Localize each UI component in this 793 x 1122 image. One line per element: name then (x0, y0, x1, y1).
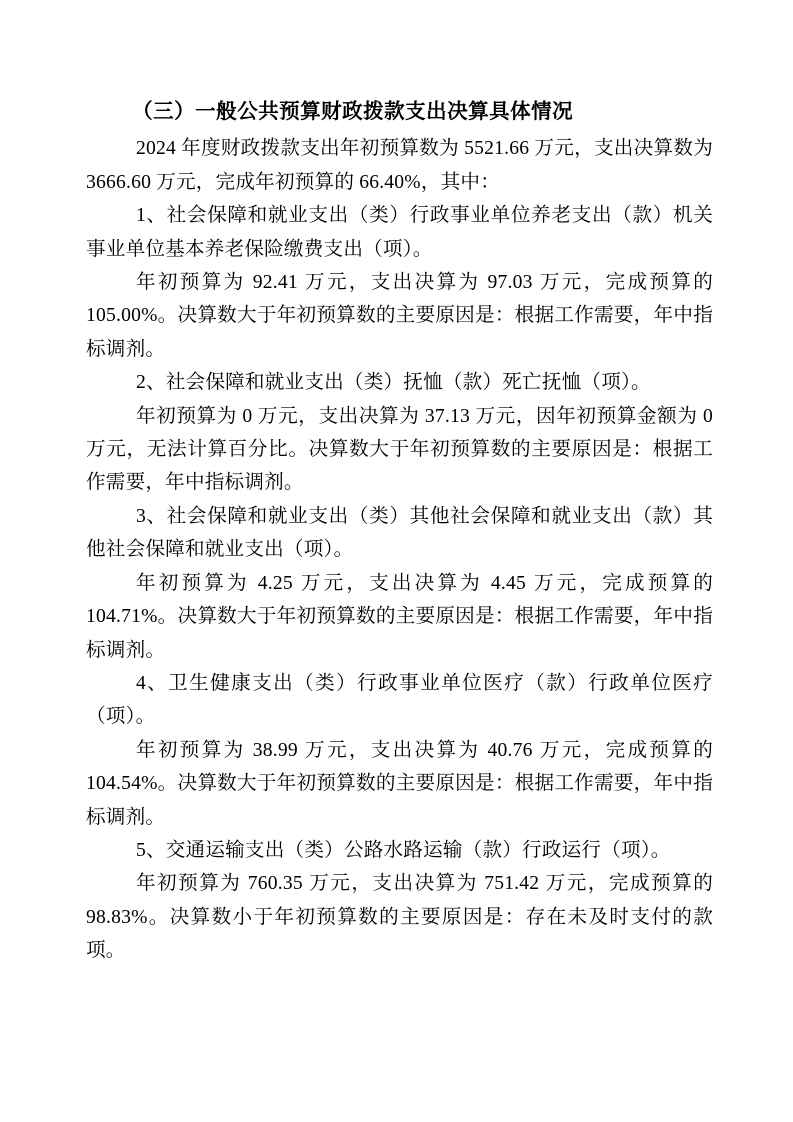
paragraph-item3-detail: 年初预算为 4.25 万元，支出决算为 4.45 万元，完成预算的 104.71… (86, 567, 713, 667)
document-body: 2024 年度财政拨款支出年初预算数为 5521.66 万元，支出决算数为 36… (86, 132, 713, 967)
paragraph-item5-detail: 年初预算为 760.35 万元，支出决算为 751.42 万元，完成预算的 98… (86, 867, 713, 967)
paragraph-item4-title: 4、卫生健康支出（类）行政事业单位医疗（款）行政单位医疗（项）。 (86, 667, 713, 734)
paragraph-item2-title: 2、社会保障和就业支出（类）抚恤（款）死亡抚恤（项）。 (86, 366, 713, 399)
paragraph-item4-detail: 年初预算为 38.99 万元，支出决算为 40.76 万元，完成预算的 104.… (86, 734, 713, 834)
paragraph-summary: 2024 年度财政拨款支出年初预算数为 5521.66 万元，支出决算数为 36… (86, 132, 713, 199)
paragraph-item1-detail: 年初预算为 92.41 万元，支出决算为 97.03 万元，完成预算的 105.… (86, 266, 713, 366)
paragraph-item5-title: 5、交通运输支出（类）公路水路运输（款）行政运行（项）。 (86, 834, 713, 867)
paragraph-item3-title: 3、社会保障和就业支出（类）其他社会保障和就业支出（款）其他社会保障和就业支出（… (86, 500, 713, 567)
paragraph-item2-detail: 年初预算为 0 万元，支出决算为 37.13 万元，因年初预算金额为 0 万元，… (86, 400, 713, 500)
paragraph-item1-title: 1、社会保障和就业支出（类）行政事业单位养老支出（款）机关事业单位基本养老保险缴… (86, 199, 713, 266)
section-heading: （三）一般公共预算财政拨款支出决算具体情况 (86, 95, 713, 128)
document-page: （三）一般公共预算财政拨款支出决算具体情况 2024 年度财政拨款支出年初预算数… (0, 0, 793, 1122)
